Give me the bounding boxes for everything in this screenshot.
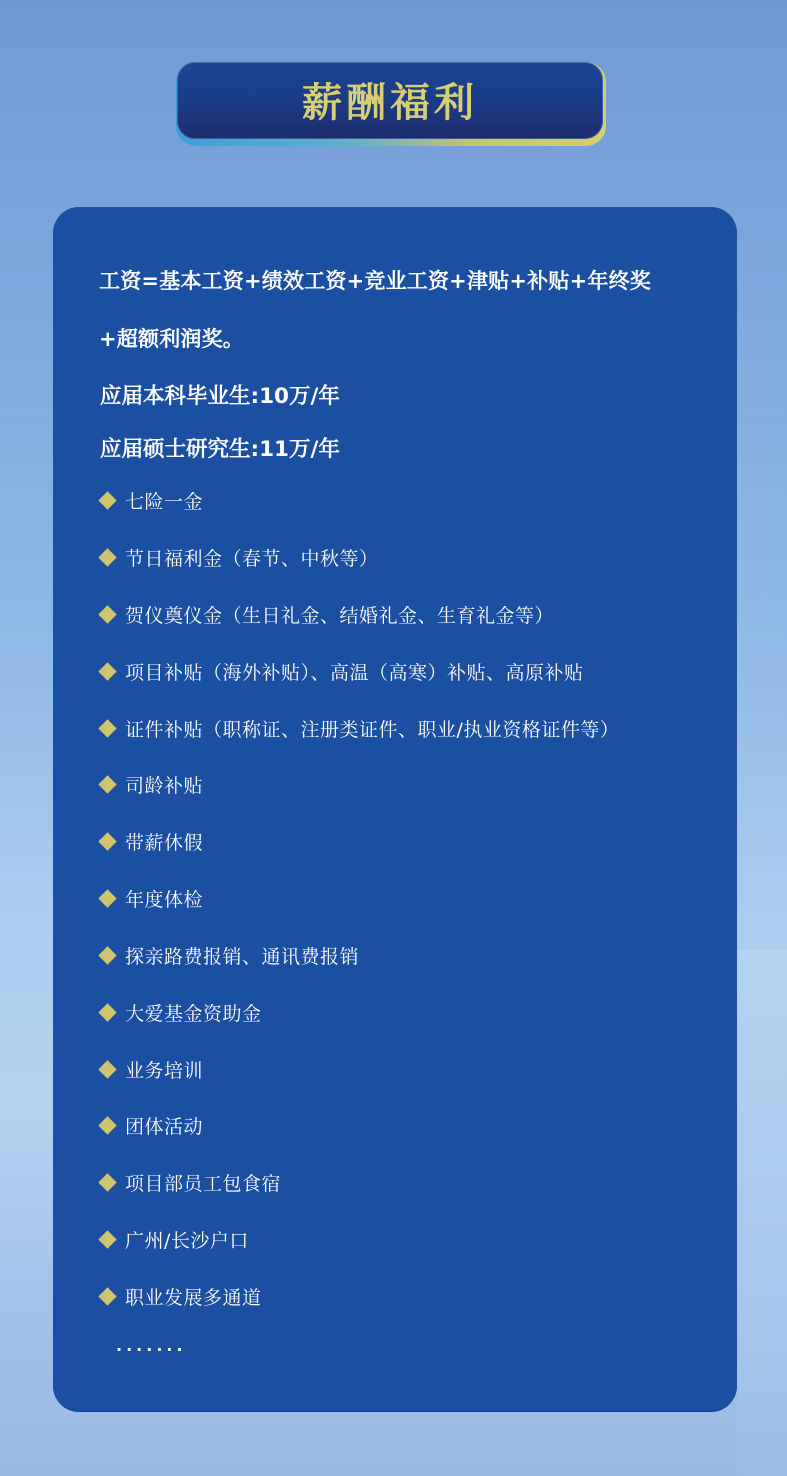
salary-formula-line-2: +超额利润奖。 xyxy=(99,323,244,353)
benefit-label: 团体活动 xyxy=(125,1112,203,1139)
diamond-icon xyxy=(98,1116,116,1134)
diamond-icon xyxy=(98,605,116,623)
benefit-label: 司龄补贴 xyxy=(125,771,203,798)
benefit-label: 七险一金 xyxy=(125,487,203,514)
benefit-label: 项目补贴（海外补贴）、高温（高寒）补贴、高原补贴 xyxy=(125,658,584,685)
benefit-label: 广州/长沙户口 xyxy=(125,1226,249,1253)
diamond-icon xyxy=(98,1173,116,1191)
benefit-label: 证件补贴（职称证、注册类证件、职业/执业资格证件等） xyxy=(125,715,619,742)
benefit-label: 探亲路费报销、通讯费报销 xyxy=(125,942,359,969)
benefit-label: 职业发展多通道 xyxy=(125,1283,262,1310)
diamond-icon xyxy=(98,1003,116,1021)
benefits-card: 工资=基本工资+绩效工资+竞业工资+津贴+补贴+年终奖 +超额利润奖。 应届本科… xyxy=(53,207,737,1411)
diamond-icon xyxy=(98,832,116,850)
benefit-item: 大爱基金资助金 xyxy=(98,999,262,1025)
benefit-item: 贺仪奠仪金（生日礼金、结婚礼金、生育礼金等） xyxy=(98,601,554,627)
benefit-item: 年度体检 xyxy=(98,885,203,911)
salary-formula-line-1: 工资=基本工资+绩效工资+竞业工资+津贴+补贴+年终奖 xyxy=(99,265,651,295)
diamond-icon xyxy=(98,946,116,964)
benefit-item: 司龄补贴 xyxy=(98,771,203,797)
title-banner: 薪酬福利 xyxy=(176,62,606,146)
diamond-icon xyxy=(98,775,116,793)
page-title: 薪酬福利 xyxy=(302,71,478,128)
benefit-item: 项目部员工包食宿 xyxy=(98,1169,281,1195)
benefit-label: 业务培训 xyxy=(125,1056,203,1083)
benefit-label: 大爱基金资助金 xyxy=(125,999,262,1026)
benefit-item: 带薪休假 xyxy=(98,828,203,854)
benefit-item: 项目补贴（海外补贴）、高温（高寒）补贴、高原补贴 xyxy=(98,658,584,684)
diamond-icon xyxy=(98,548,116,566)
benefit-item: 团体活动 xyxy=(98,1112,203,1138)
diamond-icon xyxy=(98,719,116,737)
benefit-item: 节日福利金（春节、中秋等） xyxy=(98,544,379,570)
master-salary: 应届硕士研究生:11万/年 xyxy=(100,432,340,463)
background-panel xyxy=(737,950,787,1476)
benefit-label: 节日福利金（春节、中秋等） xyxy=(125,544,379,571)
title-banner-inner: 薪酬福利 xyxy=(177,62,603,139)
benefit-label: 贺仪奠仪金（生日礼金、结婚礼金、生育礼金等） xyxy=(125,601,554,628)
benefit-label: 项目部员工包食宿 xyxy=(125,1169,281,1196)
diamond-icon xyxy=(98,1230,116,1248)
benefit-item: 业务培训 xyxy=(98,1056,203,1082)
diamond-icon xyxy=(98,889,116,907)
benefit-item: 探亲路费报销、通讯费报销 xyxy=(98,942,359,968)
bachelor-salary: 应届本科毕业生:10万/年 xyxy=(100,379,340,410)
more-ellipsis: ······· xyxy=(116,1340,187,1359)
benefit-item: 证件补贴（职称证、注册类证件、职业/执业资格证件等） xyxy=(98,715,619,741)
diamond-icon xyxy=(98,1060,116,1078)
benefit-item: 广州/长沙户口 xyxy=(98,1226,249,1252)
benefit-label: 带薪休假 xyxy=(125,828,203,855)
diamond-icon xyxy=(98,491,116,509)
diamond-icon xyxy=(98,1287,116,1305)
diamond-icon xyxy=(98,662,116,680)
benefit-item: 七险一金 xyxy=(98,487,203,513)
benefit-item: 职业发展多通道 xyxy=(98,1283,262,1309)
benefit-label: 年度体检 xyxy=(125,885,203,912)
